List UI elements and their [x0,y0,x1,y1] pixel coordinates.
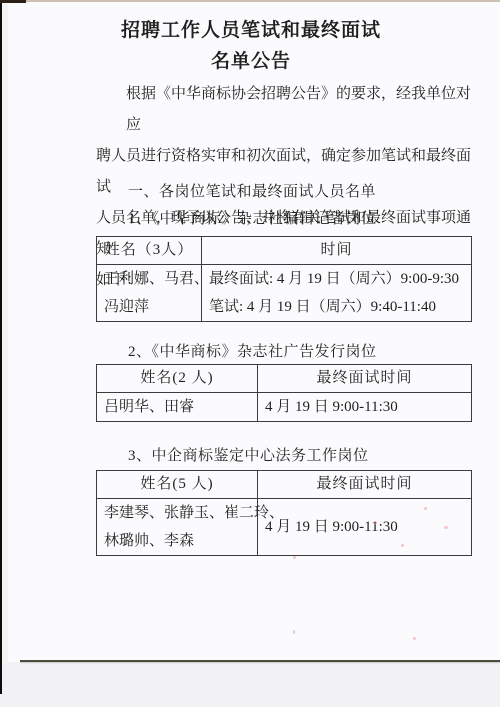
paper-sheet: 招聘工作人员笔试和最终面试 名单公告 根据《中华商标协会招聘公告》的要求，经我单… [2,0,500,662]
time-line: 4 月 19 日 9:00-11:30 [265,513,464,541]
time-header-cell: 时间 [202,237,472,265]
time-cell: 4 月 19 日 9:00-11:30 [258,393,472,422]
table-header-row: 姓名(5 人) 最终面试时间 [97,471,472,499]
scan-red-speck [424,507,427,510]
scan-left-tint [2,0,8,662]
job3-heading: 3、中企商标鉴定中心法务工作岗位 [128,444,369,465]
table-data-row: 吕明华、田睿 4 月 19 日 9:00-11:30 [97,393,472,422]
time-header-cell: 最终面试时间 [258,471,472,499]
names-line: 吕明华、田睿 [104,393,250,421]
table-data-row: 李建琴、张静玉、崔二玲、 林璐帅、李森 4 月 19 日 9:00-11:30 [97,499,472,556]
scan-red-speck [401,544,404,547]
table-header-row: 姓名(2 人) 最终面试时间 [97,365,472,393]
time-cell: 最终面试: 4 月 19 日（周六）9:00-9:30 笔试: 4 月 19 日… [202,265,472,322]
job1-roster-table: 姓名（3人） 时间 王利娜、马君、 冯迎萍 最终面试: 4 月 19 日（周六）… [96,236,472,322]
job2-heading: 2、《中华商标》杂志社广告发行岗位 [128,340,377,361]
page-title-line2: 名单公告 [2,46,500,77]
scanned-document-page: 招聘工作人员笔试和最终面试 名单公告 根据《中华商标协会招聘公告》的要求，经我单… [0,0,500,707]
scan-red-speck [293,556,296,559]
names-header-cell: 姓名（3人） [97,237,202,265]
job1-heading: 1、《中华商标》杂志社编辑记者岗位 [128,207,377,228]
section-heading: 一、各岗位笔试和最终面试人员名单 [128,180,376,201]
names-header-cell: 姓名(2 人) [97,365,258,393]
table-data-row: 王利娜、马君、 冯迎萍 最终面试: 4 月 19 日（周六）9:00-9:30 … [97,265,472,322]
names-cell: 李建琴、张静玉、崔二玲、 林璐帅、李森 [97,499,258,556]
job2-roster-table: 姓名(2 人) 最终面试时间 吕明华、田睿 4 月 19 日 9:00-11:3… [96,364,472,422]
job3-roster-table: 姓名(5 人) 最终面试时间 李建琴、张静玉、崔二玲、 林璐帅、李森 4 月 1… [96,470,472,556]
names-line: 冯迎萍 [104,293,194,321]
scan-red-speck [293,630,295,634]
intro-line: 根据《中华商标协会招聘公告》的要求，经我单位对应 [96,79,476,141]
scan-top-left-corner [0,0,26,3]
table-header-row: 姓名（3人） 时间 [97,237,472,265]
page-bottom-edge [20,660,500,662]
time-cell: 4 月 19 日 9:00-11:30 [258,499,472,556]
names-line: 李建琴、张静玉、崔二玲、 [104,499,250,527]
scan-left-edge [0,0,2,694]
time-line: 4 月 19 日 9:00-11:30 [265,393,464,421]
names-cell: 吕明华、田睿 [97,393,258,422]
names-line: 王利娜、马君、 [104,265,194,293]
names-line: 林璐帅、李森 [104,527,250,555]
time-line: 最终面试: 4 月 19 日（周六）9:00-9:30 [209,265,464,293]
scan-red-speck [374,521,377,525]
names-header-cell: 姓名(5 人) [97,471,258,499]
scan-red-speck [413,637,416,640]
page-title-line1: 招聘工作人员笔试和最终面试 [2,15,500,46]
names-cell: 王利娜、马君、 冯迎萍 [97,265,202,322]
scan-red-speck [444,526,448,529]
page-title: 招聘工作人员笔试和最终面试 名单公告 [2,15,500,77]
time-header-cell: 最终面试时间 [258,365,472,393]
time-line: 笔试: 4 月 19 日（周六）9:40-11:40 [209,293,464,321]
